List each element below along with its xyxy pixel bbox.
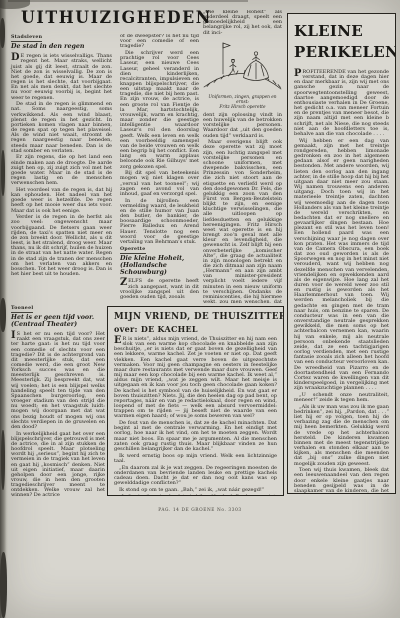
article-paragraph: ER is niets”, aldus mijn vriend, de Thui… — [114, 337, 277, 420]
caption-line-2: Fritz Hirsch operette — [203, 105, 282, 110]
article-title-theater: Het is er geen tijd voor. (Centraal Thea… — [11, 315, 105, 329]
paragraph-text: ELFS de operette heeft zich aangepast, w… — [120, 278, 199, 299]
article-paragraph: „En daarom zal ik je wat zeggen. De rege… — [114, 466, 277, 487]
section-label-stadsleven: Stadsleven — [11, 35, 42, 42]
operetta-illustration — [203, 37, 282, 94]
sidebar-box-kleine-perikelen: KLEINE PERIKELEN PROFITEERENDE van het g… — [287, 13, 396, 494]
article-paragraph: „U schendt onze neutraliteit, meneer!” z… — [294, 393, 389, 403]
feature-subtitle: over: DE KACHEL — [114, 324, 277, 334]
drop-cap: Z — [120, 279, 128, 287]
paragraph-text: S het er nu een tijd voor? Het raakt een… — [11, 331, 105, 430]
article-paragraph: Het voordeel van de regen is, dat hij ka… — [11, 188, 112, 214]
article-paragraph: In de bijrollen: een vermelding waard, d… — [120, 199, 199, 245]
column-left: Stadsleven De stad in den regen DE regen… — [11, 35, 112, 501]
article-paragraph: IS het er nu een tijd voor? Het raakt ee… — [11, 332, 105, 430]
sidebar-title-line-2: PERIKELEN — [294, 42, 389, 63]
newspaper-page: UITHUIZIGHEDEN Stadsleven De stad in den… — [0, 0, 400, 618]
illustration-caption: Uniformen, zingen, grappen en ernst: Fri… — [203, 95, 282, 110]
article-paragraph: DE regen is iets wisselvalligs. Thans re… — [11, 54, 112, 100]
scan-top-edge — [8, 0, 248, 2]
drop-cap: D — [11, 54, 21, 62]
article-paragraph: Toen wij thuis kwamen, bleek dat een lee… — [294, 468, 389, 494]
article-paragraph: „Als ik uw man was zou ik me gaan bedrin… — [294, 405, 389, 467]
feature-body: ER is niets”, aldus mijn vriend, de Thui… — [114, 337, 277, 496]
page-footer: PAG. 14 DE GROENE No. 3303 — [120, 508, 280, 513]
article-paragraph: De stad in de regen is glimmend en nat. … — [11, 102, 112, 154]
article-paragraph: ZELFS de operette heeft zich aangepast, … — [120, 279, 199, 300]
scan-smudge — [0, 552, 7, 618]
paragraph-text: ROFITEERENDE van het gezonde verstand, d… — [294, 69, 389, 137]
scan-smudge — [0, 298, 6, 332]
section-label-tooneel: Tooneel — [11, 306, 33, 313]
page-headline: UITHUIZIGHEDEN — [21, 8, 212, 28]
paragraph-text: R is niets”, aldus mijn vriend, de Thuis… — [114, 336, 277, 419]
article-title-rain: De stad in den regen — [11, 44, 112, 51]
sidebar-title-line-1: KLEINE — [294, 21, 389, 42]
article-paragraph: „Die kleine Hoheit” als onderdeel draagt… — [203, 10, 282, 36]
article-paragraph: De fout van de menschen is, dat ze de ka… — [114, 421, 277, 452]
article-title-operette: Die kleine Hoheit, (Hollandsche Schouwbu… — [120, 256, 199, 276]
article-paragraph: of de dweepster? Is het nu tijd voor een… — [120, 34, 199, 49]
paragraph-text: E regen is iets wisselvalligs. Thans reg… — [11, 53, 112, 100]
sidebar-body: PROFITEERENDE van het gezonde verstand, … — [294, 70, 389, 494]
article-paragraph: Verder is de regen in de herfst als zoo … — [11, 215, 112, 277]
article-paragraph: „Ja,” zei mijn vriend, „dat vind ik zelf… — [114, 495, 277, 497]
scan-smudge — [1, 430, 5, 490]
article-paragraph: Maar overigens blijft ook deze operette … — [203, 140, 282, 303]
article-paragraph: PROFITEERENDE van het gezonde verstand, … — [294, 70, 389, 137]
sidebar-title: KLEINE PERIKELEN — [294, 21, 389, 63]
column-middle: of de dweepster? Is het nu tijd voor een… — [120, 34, 199, 304]
article-paragraph: Er zijn regens, die op het land een eind… — [11, 155, 112, 186]
article-paragraph: In werkelijkheid gaat het over een blijs… — [11, 432, 105, 499]
scan-smudge — [0, 18, 5, 48]
section-tooneel: Tooneel Het is er geen tijd voor. (Centr… — [11, 306, 105, 500]
article-paragraph: Wij hebben er een dag van gemaakt, zijn … — [294, 139, 389, 392]
feature-box-kachel: MIJN VRIEND, DE THUISZITTER over: DE KAC… — [107, 306, 284, 496]
article-paragraph: Bij dit spel van beteekenis mogen wij ni… — [120, 171, 199, 197]
section-label-operette: Operette — [120, 247, 146, 254]
column-right: „Die kleine Hoheit” als onderdeel draagt… — [203, 10, 282, 303]
article-paragraph: dent zijn oplossing vindt in een huwelij… — [203, 113, 282, 139]
article-paragraph: Ik werd ernstig boos op mijn vriend. Wel… — [114, 454, 277, 464]
caption-line-1: Uniformen, zingen, grappen en ernst: — [203, 95, 282, 105]
article-paragraph: Ik stond op om te gaan. „Bah,” zei ik, „… — [114, 488, 277, 493]
scan-smudge — [1, 150, 5, 196]
article-paragraph: Die schrijver werd een prachtige rol voo… — [120, 51, 199, 170]
feature-title: MIJN VRIEND, DE THUISZITTER — [114, 312, 272, 322]
